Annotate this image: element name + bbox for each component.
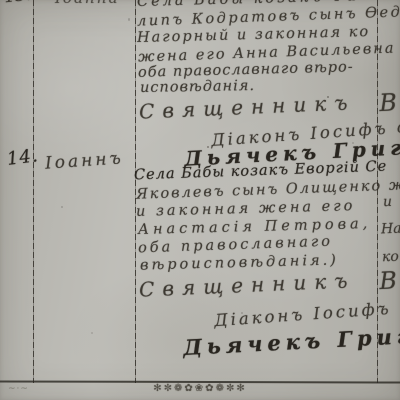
child-name: Іоаннъ [44, 148, 124, 173]
metrical-book-scan-page: 13. 14. Іоанна Іоаннъ Села Бабы козакъ Ф… [0, 0, 400, 400]
record13-line: исповѣданія. [140, 78, 255, 96]
prev-record-number-fragment: 13. [3, 0, 32, 7]
ink-speck [61, 206, 63, 208]
right-column-fragment: На [381, 221, 400, 238]
record14-line: Анастасія Петрова, [138, 216, 372, 238]
ornament-band: ✻✼❁✿❀✿❁✼✻ [153, 383, 246, 394]
right-column-fragment: и [383, 194, 393, 210]
priest-label: Священникъ [139, 268, 357, 305]
ink-speck [91, 332, 93, 334]
prev-name-fragment: Іоанна [55, 0, 120, 7]
ink-speck [327, 96, 329, 98]
ink-speck [241, 312, 243, 314]
column-rule-left [33, 0, 34, 383]
record-number: 14. [6, 145, 40, 170]
ornament-left-mark: ~·~ [8, 384, 29, 394]
priest-initial: В [379, 266, 398, 295]
priest-initial: В [379, 88, 398, 117]
ink-speck [352, 142, 354, 144]
ink-speck [128, 18, 130, 21]
ink-speck [207, 146, 209, 148]
right-column-fragment: ко [382, 249, 399, 266]
